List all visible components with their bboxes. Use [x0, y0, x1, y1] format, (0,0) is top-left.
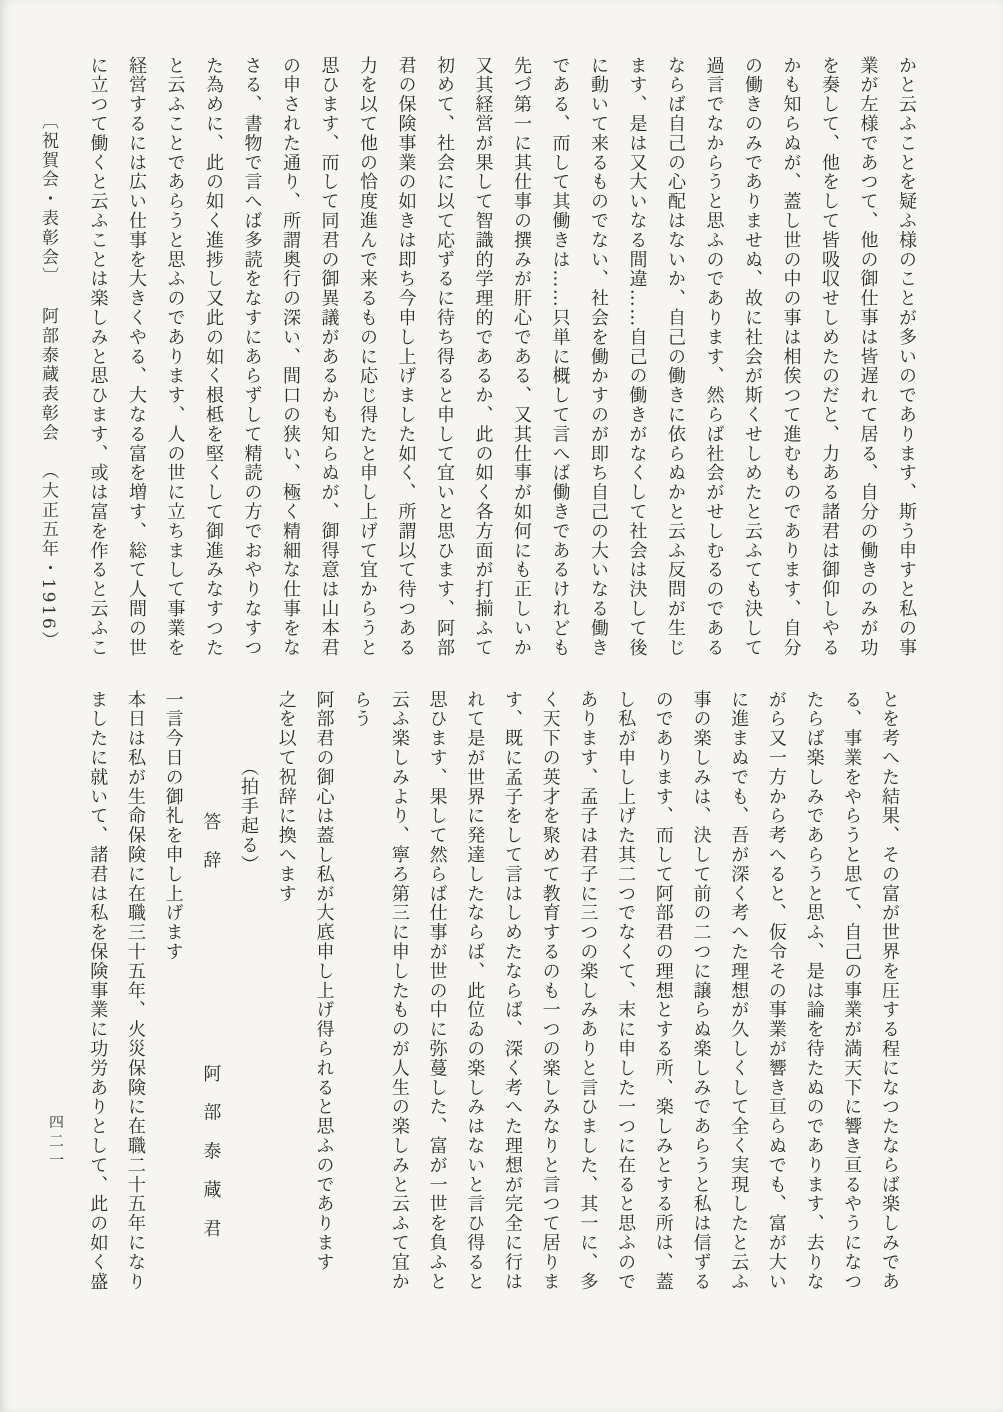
text-column: 又其経営が果して智識的学理的であるか、此の如く各方面が打揃ふて: [463, 56, 502, 681]
speech-text-block: かと云ふことを疑ふ様のことが多いのであります、斯う申すと私の事業が左様であつて、…: [75, 56, 925, 681]
text-column: る、事業をやらうと思て、自己の事業が満天下に響き亘るやうになつ: [833, 690, 871, 1330]
text-column: がら又一方から考へると、仮令その事業が響き亘らぬでも、富が大い: [757, 690, 795, 1330]
text-column: さる、書物で言へば多読をなすにあらずして精読の方でおやりなすつ: [232, 56, 271, 681]
text-column: た為めに、此の如く進捗し又此の如く根柢を堅くして御進みなすつた: [194, 56, 233, 681]
text-column: とを考へた結果、その富が世界を圧する程になつたならば楽しみであ: [870, 690, 908, 1330]
text-column: あります、孟子は君子に三つの楽しみありと言ひました、其一に、多: [569, 690, 607, 1330]
text-column: し私が申し上げた其二つでなくて、末に申した一つに在ると思ふので: [606, 690, 644, 1330]
text-column: かと云ふことを疑ふ様のことが多いのであります、斯う申すと私の事: [887, 56, 926, 681]
text-column: の申された通り、所謂奥行の深い、間口の狭い、極く精細な仕事をな: [271, 56, 310, 681]
speaker-name: 阿 部 泰 蔵 君: [200, 1064, 221, 1239]
page-number: 四二一: [46, 1114, 67, 1171]
text-column: のであります、而して阿部君の理想とする所、楽しみとする所は、蓋: [644, 690, 682, 1330]
event-date: （大正五年・1916）: [38, 462, 58, 651]
text-column: 事の楽しみは、決して前の二つに譲らぬ楽しみであらうと私は信ずる: [682, 690, 720, 1330]
text-column: 力を以て他の恰度進んで来るものに応じ得たと申し上げて宜からうと: [348, 56, 387, 681]
text-column: に進まぬでも、吾が深く考へた理想が久しくして全く実現したと云ふ: [719, 690, 757, 1330]
margin-header: 〔祝賀会・表彰会〕阿部泰蔵表彰会（大正五年・1916）: [36, 112, 61, 672]
text-column: である、而して其働きは……只単に概して言へば働きであるけれども: [540, 56, 579, 681]
text-column: ましたに就いて、諸君は私を保険事業に功労ありとして、此の如く盛: [79, 690, 117, 1330]
text-column: れて是が世界に発達したならば、此位ゐの楽しみはないと言ひ得ると: [456, 690, 494, 1330]
text-column: 経営するには広い仕事を大きくやる、大なる富を増す、総て人間の世: [117, 56, 156, 681]
reply-text-block: とを考へた結果、その富が世界を圧する程になつたならば楽しみである、事業をやらうと…: [76, 690, 908, 1330]
text-column: 本日は私が生命保険に在職三十五年、火災保険に在職二十五年になり: [116, 690, 154, 1330]
column-text: （拍手起る）: [238, 758, 259, 874]
text-column: 思ひます、果して然らば仕事が世の中に弥蔓した、富が一世を負ふと: [418, 690, 456, 1330]
column-text: 答 辞: [200, 812, 221, 870]
text-column: 業が左様であつて、他の御仕事は皆遅れて居る、自分の働きのみが功: [848, 56, 887, 681]
text-column: 初めて、社会に以て応ずるに待ち得ると申して宜いと思ひます、阿部: [425, 56, 464, 681]
text-column: かも知らぬが、蓋し世の中の事は相俟つて進むものであります、自分: [771, 56, 810, 681]
section-label: 〔祝賀会・表彰会〕: [38, 112, 58, 287]
text-column: 一言今日の御礼を申し上げます: [154, 690, 192, 1330]
text-column: に動いて来るものでない、社会を働かすのが即ち自己の大いなる働き: [579, 56, 618, 681]
text-column: す、既に孟子をして言はしめたならば、深く考へた理想が完全に行は: [493, 690, 531, 1330]
text-column: 之を以て祝辞に換へます: [267, 690, 305, 1330]
text-column: らう: [342, 690, 380, 1330]
text-column: 過言でなからうと思ふのであります、然らば社会がせしむるのである: [694, 56, 733, 681]
text-column: 先づ第一に其仕事の撰みが肝心である、又其仕事が如何にも正しいか: [502, 56, 541, 681]
text-column: 答 辞阿 部 泰 蔵 君: [192, 690, 230, 1330]
text-column: の働きのみでありませぬ、故に社会が斯くせしめたと云ふても決して: [733, 56, 772, 681]
text-column: を奏して、他をして皆吸収せしめたのだと、力ある諸君は御仰しやる: [810, 56, 849, 681]
text-column: たらば楽しみであらうと思ふ、是は論を待たぬのであります、去りな: [795, 690, 833, 1330]
text-column: ならば自己の心配はないか、自己の働きに依らぬかと云ふ反問が生じ: [656, 56, 695, 681]
text-column: 君の保険事業の如きは即ち今申し上げました如く、所謂以て待つある: [386, 56, 425, 681]
text-column: 阿部君の御心は蓋し私が大底申し上げ得られると思ふのであります: [305, 690, 343, 1330]
text-column: 思ひます、而して同君の御異議があるかも知らぬが、御得意は山本君: [309, 56, 348, 681]
event-title: 阿部泰蔵表彰会: [38, 307, 58, 443]
document-page: 〔祝賀会・表彰会〕阿部泰蔵表彰会（大正五年・1916） かと云ふことを疑ふ様のこ…: [0, 0, 1003, 1412]
text-column: 云ふ楽しみより、寧ろ第三に申したものが人生の楽しみと云ふて宜か: [380, 690, 418, 1330]
text-column: に立つて働くと云ふことは楽しみと思ひます、或は富を作ると云ふこ: [78, 56, 117, 681]
text-column: （拍手起る）: [229, 690, 267, 1330]
text-column: く天下の英才を聚めて教育するのも一つの楽しみなりと言つて居りま: [531, 690, 569, 1330]
text-column: ます、是は又大いなる間違……自己の働きがなくして社会は決して後: [617, 56, 656, 681]
text-column: と云ふことであらうと思ふのであります、人の世に立ちまして事業を: [155, 56, 194, 681]
